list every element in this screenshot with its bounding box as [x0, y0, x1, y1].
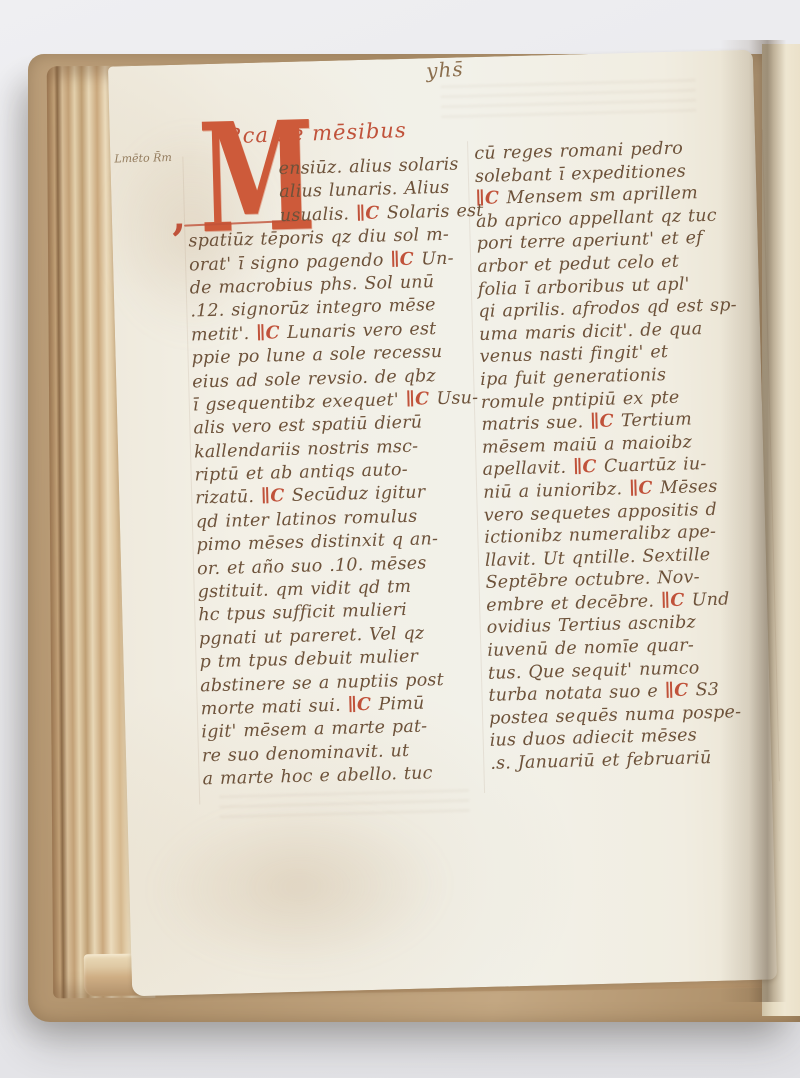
text-column-right: cū reges romani pedrosolebant ī expedit…	[474, 135, 780, 775]
text-segment: ī gsequentibz exequet'	[193, 390, 406, 416]
text-segment: matris sue.	[481, 412, 590, 435]
text-segment: igit' mēsem a marte pat-	[201, 717, 427, 743]
manuscript-page: yhs̄ Rca de mēsibus Lmēto R̄m M , ensi…	[108, 50, 777, 997]
margin-note: Lmēto R̄m	[114, 151, 172, 166]
text-segment: Cuartūz iu-	[604, 454, 707, 477]
text-segment: alis vero est spatiū dierū	[193, 413, 422, 439]
text-segment: embre et decēbre.	[486, 591, 661, 616]
text-segment: hc tpus sufficit mulieri	[198, 600, 407, 625]
text-column-left: ensiūz. alius solarisalius lunaris. Ali…	[186, 153, 480, 792]
paragraph-mark: ∥C	[405, 389, 436, 410]
paragraph-mark: ∥C	[590, 411, 621, 432]
showthrough-text-top	[441, 79, 697, 122]
ihs-monogram: yhs̄	[425, 57, 464, 83]
text-segment: Un-	[421, 248, 454, 269]
text-segment: ipa fuit generationis	[480, 365, 666, 390]
text-segment: Und	[692, 589, 730, 610]
text-segment: Usu-	[436, 388, 478, 409]
paragraph-mark: ∥C	[356, 203, 387, 224]
text-segment: venus nasti fingit' et	[479, 342, 668, 367]
text-segment: .12. signorūz integro mēse	[190, 295, 436, 321]
text-segment: gstituit. qm vidit qd tm	[197, 577, 411, 603]
text-segment: usualis.	[280, 204, 357, 226]
paragraph-mark: ∥C	[573, 457, 604, 478]
paragraph-mark: ∥C	[664, 681, 695, 702]
text-segment: arbor et pedut celo et	[477, 252, 679, 277]
text-segment: orat' ī signo pagendo	[189, 250, 391, 275]
text-segment: Lunaris vero est	[287, 319, 437, 343]
text-segment: Solaris est	[387, 201, 484, 224]
text-segment: riptū et ab antiqs auto-	[194, 460, 408, 486]
text-segment: turba notata suo e	[488, 681, 665, 706]
text-segment: Mēses	[660, 477, 718, 499]
text-segment: cū reges romani pedro	[474, 139, 683, 164]
initial-margin-hook: ,	[171, 193, 186, 240]
text-segment: re suo denominavit. ut	[202, 741, 410, 766]
parchment-stain-bottom	[147, 798, 451, 976]
text-segment: pgnati ut pareret. Vel qz	[199, 623, 425, 649]
text-segment: iuvenū de nomīe quar-	[487, 636, 694, 661]
text-segment: qd inter latinos romulus	[196, 507, 418, 533]
text-segment: uma maris dicit'. de qua	[479, 319, 703, 345]
text-segment: S3	[695, 680, 719, 701]
text-segment: or. et año suo .10. mēses	[197, 553, 427, 579]
text-segment: ensiūz. alius solaris	[278, 154, 458, 179]
paragraph-mark: ∥C	[475, 188, 506, 209]
text-segment: kallendariis nostris msc-	[194, 436, 419, 462]
text-segment: niū a iunioribz.	[483, 479, 629, 503]
page-surface: yhs̄ Rca de mēsibus Lmēto R̄m M , ensi…	[108, 50, 777, 997]
paragraph-mark: ∥C	[256, 323, 287, 344]
paragraph-mark: ∥C	[261, 486, 292, 507]
text-segment: morte mati sui.	[201, 696, 348, 720]
text-segment: a marte hoc e abello. tuc	[202, 764, 433, 790]
text-segment: ppie po lune a sole recessu	[191, 342, 442, 369]
paragraph-mark: ∥C	[661, 590, 692, 611]
text-segment: alius lunaris. Alius	[279, 178, 450, 202]
text-segment: pimo mēses distinxit q an-	[196, 529, 438, 555]
text-segment: Secūduz igitur	[292, 483, 426, 506]
text-segment: apellavit.	[482, 458, 573, 480]
paragraph-mark: ∥C	[347, 695, 378, 716]
text-segment: Tertium	[621, 410, 692, 432]
text-segment: p tm tpus debuit mulier	[199, 647, 418, 673]
paragraph-mark: ∥C	[390, 249, 421, 270]
text-segment: Pimū	[378, 694, 425, 715]
text-segment: rizatū.	[195, 487, 261, 509]
text-segment: Mensem sm aprillem	[506, 183, 698, 208]
text-segment: spatiūz tēporis qz diu sol m-	[188, 225, 449, 252]
paragraph-mark: ∥C	[629, 478, 660, 499]
text-segment: .s. Januariū et februariū	[490, 748, 712, 774]
text-segment: metit'.	[191, 324, 257, 346]
photo-of-manuscript: { "book": { "backdrop_color": "#e9e9ec",…	[0, 0, 800, 1078]
